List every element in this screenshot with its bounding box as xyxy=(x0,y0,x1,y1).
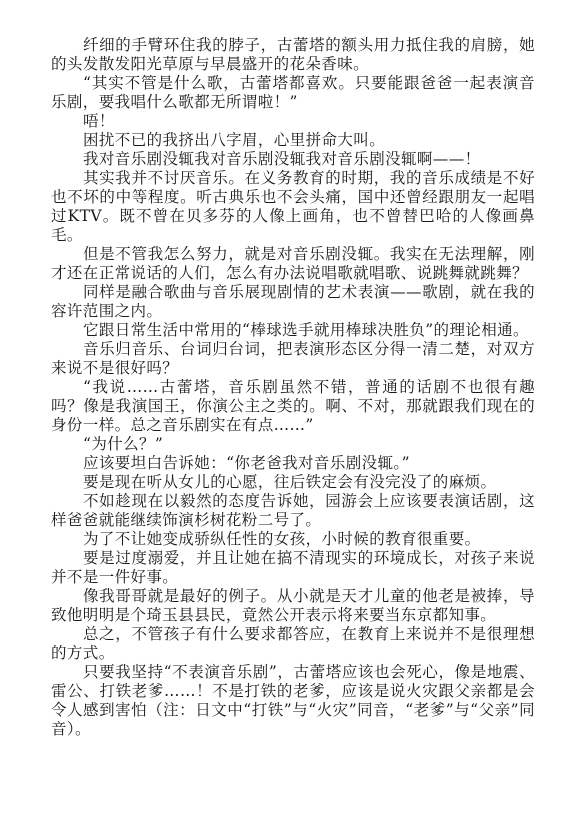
paragraph: 只要我坚持“不表演音乐剧”，古蕾塔应该也会死心，像是地震、雷公、打铁老爹……！不… xyxy=(51,663,535,739)
paragraph: 音乐归音乐、台词归台词，把表演形态区分得一清二楚，对双方来说不是很好吗？ xyxy=(51,340,535,378)
paragraph: “其实不管是什么歌，古蕾塔都喜欢。只要能跟爸爸一起表演音乐剧，要我唱什么歌都无所… xyxy=(51,74,535,112)
paragraph: “为什么？” xyxy=(51,435,535,454)
paragraph: 唔！ xyxy=(51,112,535,131)
paragraph: “我说……古蕾塔，音乐剧虽然不错，普通的话剧不也很有趣吗？像是我演国王，你演公主… xyxy=(51,378,535,435)
paragraph: 我对音乐剧没辄我对音乐剧没辄我对音乐剧没辄啊——！ xyxy=(51,150,535,169)
paragraph: 总之，不管孩子有什么要求都答应，在教育上来说并不是很理想的方式。 xyxy=(51,625,535,663)
document-page: 纤细的手臂环住我的脖子，古蕾塔的额头用力抵住我的肩膀，她的头发散发阳光草原与早晨… xyxy=(51,36,535,739)
paragraph: 纤细的手臂环住我的脖子，古蕾塔的额头用力抵住我的肩膀，她的头发散发阳光草原与早晨… xyxy=(51,36,535,74)
paragraph: 但是不管我怎么努力，就是对音乐剧没辄。我实在无法理解，刚才还在正常说话的人们，怎… xyxy=(51,245,535,283)
paragraph: 其实我并不讨厌音乐。在义务教育的时期，我的音乐成绩是不好也不坏的中等程度。听古典… xyxy=(51,169,535,245)
paragraph: 像我哥哥就是最好的例子。从小就是天才儿童的他老是被捧，导致他明明是个琦玉县县民，… xyxy=(51,587,535,625)
paragraph: 同样是融合歌曲与音乐展现剧情的艺术表演——歌剧，就在我的容许范围之内。 xyxy=(51,283,535,321)
paragraph: 困扰不已的我挤出八字眉，心里拼命大叫。 xyxy=(51,131,535,150)
paragraph: 要是过度溺爱，并且让她在搞不清现实的环境成长，对孩子来说并不是一件好事。 xyxy=(51,549,535,587)
paragraph: 它跟日常生活中常用的“棒球选手就用棒球决胜负”的理论相通。 xyxy=(51,321,535,340)
paragraph: 为了不让她变成骄纵任性的女孩，小时候的教育很重要。 xyxy=(51,530,535,549)
paragraph: 应该要坦白告诉她：“你老爸我对音乐剧没辄。” xyxy=(51,454,535,473)
paragraph: 不如趁现在以毅然的态度告诉她，园游会上应该要表演话剧，这样爸爸就能继续饰演杉树花… xyxy=(51,492,535,530)
paragraph: 要是现在听从女儿的心愿，往后铁定会有没完没了的麻烦。 xyxy=(51,473,535,492)
